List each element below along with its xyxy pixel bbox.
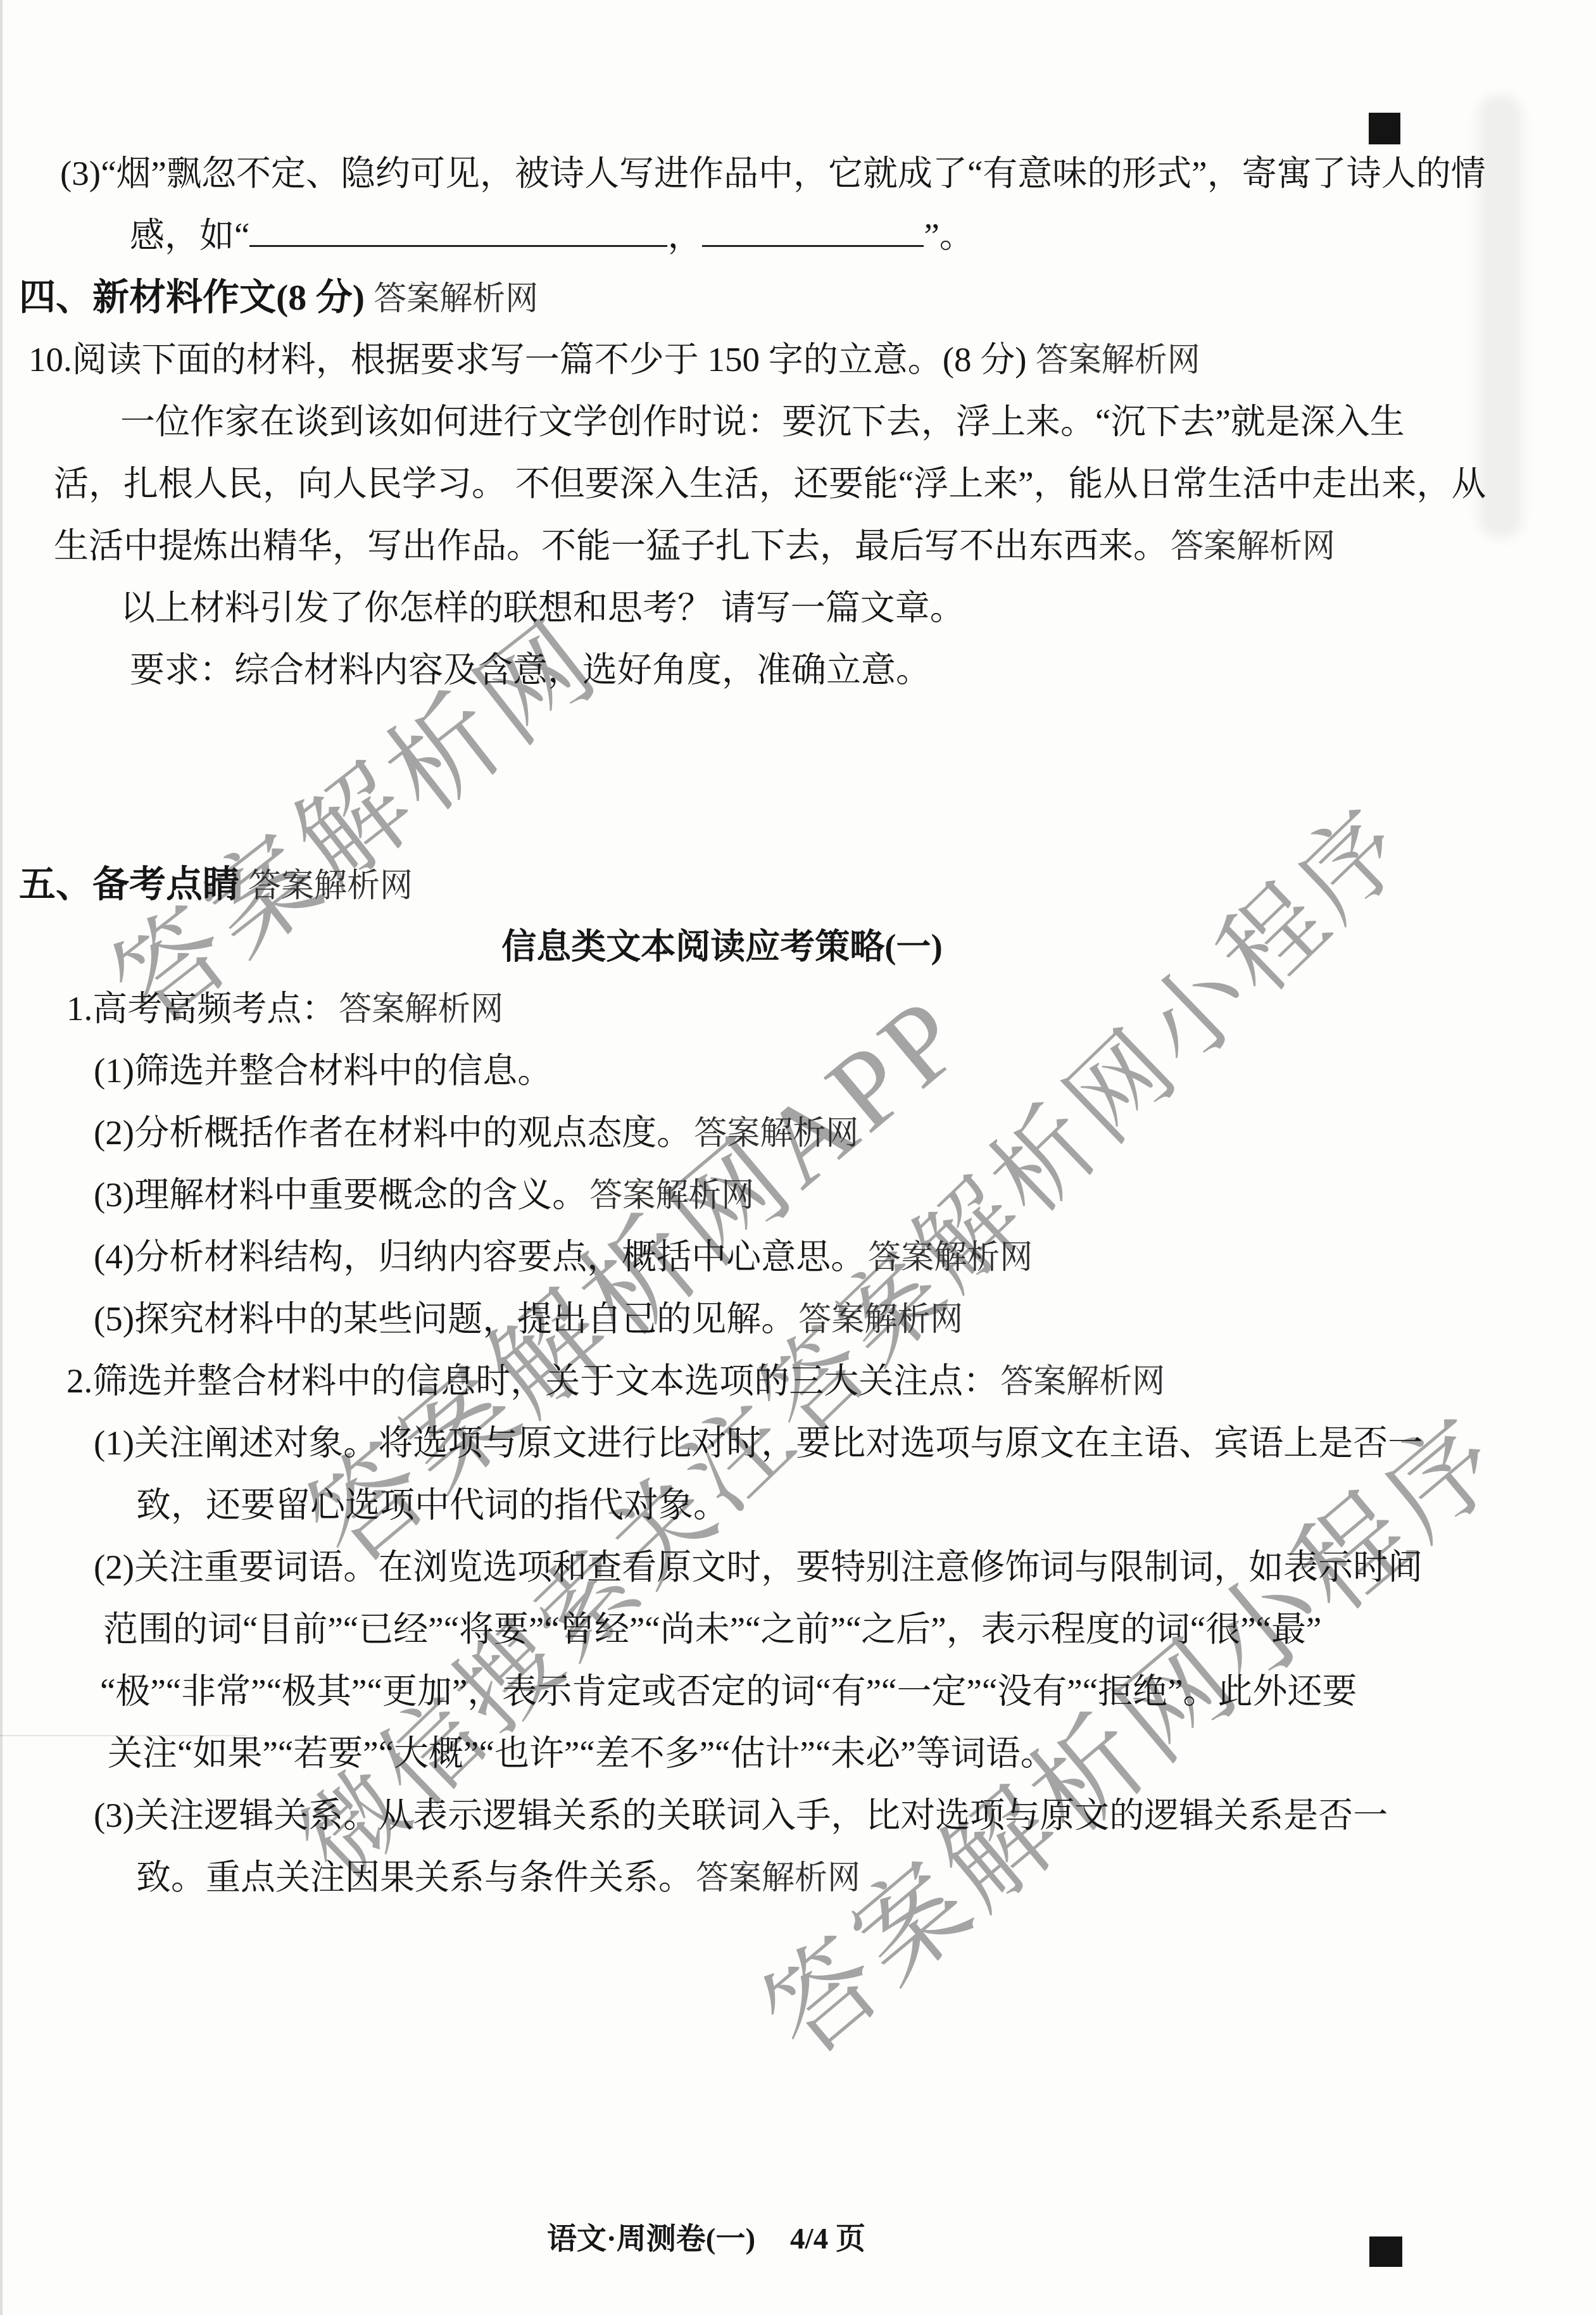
section-v-heading-tag: 答案解析网 [248,867,413,904]
footer-paper-title: 语文·周测卷(一) [547,2215,755,2257]
item-1-sub-4-text: (4)分析材料结构，归纳内容要点，概括中心意思。 [94,1237,865,1276]
material-paragraph-line1: 一位作家在谈到该如何进行文学创作时说：要沉下去，浮上来。“沉下去”就是深入生 [0,391,1596,453]
completion-line2-close: ”。 [924,216,974,255]
scan-left-edge [0,0,3,2315]
item-2-line: 2.筛选并整合材料中的信息时，关于文本选项的三大关注点：答案解析网 [0,1350,1596,1412]
exam-text-block: (3)“烟”飘忽不定、隐约可见，被诗人写进作品中，它就成了“有意味的形式”，寄寓… [0,0,1596,1908]
question-10-text: 10.阅读下面的材料，根据要求写一篇不少于 150 字的立意。(8 分) [28,340,1027,379]
item-1-sub-4: (4)分析材料结构，归纳内容要点，概括中心意思。答案解析网 [0,1226,1596,1288]
material-paragraph-tag: 答案解析网 [1171,528,1335,565]
item-2-sub-3-tag: 答案解析网 [696,1860,860,1896]
question-10-line: 10.阅读下面的材料，根据要求写一篇不少于 150 字的立意。(8 分)答案解析… [0,329,1596,391]
item-1-sub-4-tag: 答案解析网 [868,1239,1033,1276]
item-1-line: 1.高考高频考点：答案解析网 [0,978,1596,1040]
material-paragraph-line3-text: 生活中提炼出精华，写出作品。不能一猛子扎下去，最后写不出东西来。 [54,526,1168,565]
item-2-sub-3-line1: (3)关注逻辑关系。从表示逻辑关系的关联词入手，比对选项与原文的逻辑关系是否一 [0,1784,1596,1846]
item-1-sub-3: (3)理解材料中重要概念的含义。答案解析网 [0,1164,1596,1226]
material-paragraph-line2: 活，扎根人民，向人民学习。 不但要深入生活，还要能“浮上来”，能从日常生活中走出… [0,453,1596,515]
material-paragraph-line3: 生活中提炼出精华，写出作品。不能一猛子扎下去，最后写不出东西来。答案解析网 [0,515,1596,577]
section-v-heading-line: 五、备考点睛答案解析网 [0,854,1596,916]
answer-blank-2 [702,211,924,247]
item-2-sub-3-line2-text: 致。重点关注因果关系与条件关系。 [136,1858,693,1896]
item-1-sub-3-tag: 答案解析网 [589,1177,754,1214]
item-1-sub-3-text: (3)理解材料中重要概念的含义。 [94,1175,587,1214]
item-1-sub-2-tag: 答案解析网 [694,1115,858,1152]
section-iv-heading-line: 四、新材料作文(8 分)答案解析网 [0,267,1596,329]
question-10-tag: 答案解析网 [1036,342,1200,379]
item-2-sub-2-line2: 范围的词“目前”“已经”“将要”“曾经”“尚未”“之前”“之后”，表示程度的词“… [0,1598,1596,1660]
item-2-sub-2-line3: “极”“非常”“极其”“更加”，表示肯定或否定的词“有”“一定”“没有”“拒绝”… [0,1660,1596,1722]
strategy-title: 信息类文本阅读应考策略(一) [0,916,1596,978]
page-footer: 语文·周测卷(一) 4/4 页 [0,2215,1596,2257]
item-1-sub-1: (1)筛选并整合材料中的信息。 [0,1040,1596,1102]
item-2-sub-2-line4: 关注“如果”“若要”“大概”“也许”“差不多”“估计”“未必”等词语。 [0,1722,1596,1784]
item-2-sub-3-line2: 致。重点关注因果关系与条件关系。答案解析网 [0,1846,1596,1908]
registration-square-top-right [1369,113,1400,144]
material-prompt-line: 以上材料引发了你怎样的联想和思考？ 请写一篇文章。 [0,577,1596,639]
item-2-tag: 答案解析网 [1000,1363,1165,1400]
item-1-sub-1-text: (1)筛选并整合材料中的信息。 [94,1051,552,1090]
item-2-sub-1-line1: (1)关注阐述对象。将选项与原文进行比对时，要比对选项与原文在主语、宾语上是否一 [0,1412,1596,1474]
item-1-sub-2: (2)分析概括作者在材料中的观点态度。答案解析网 [0,1102,1596,1164]
completion-question-line1: (3)“烟”飘忽不定、隐约可见，被诗人写进作品中，它就成了“有意味的形式”，寄寓… [0,142,1596,205]
answer-blank-1 [249,211,667,247]
item-2-text: 2.筛选并整合材料中的信息时，关于文本选项的三大关注点： [66,1361,998,1400]
item-1-sub-5-tag: 答案解析网 [798,1301,963,1338]
item-1-tag: 答案解析网 [339,991,503,1028]
completion-line2-comma: ， [667,216,702,255]
item-2-sub-2-line1: (2)关注重要词语。在浏览选项和查看原文时，要特别注意修饰词与限制词，如表示时间 [0,1536,1596,1598]
material-requirement-line: 要求：综合材料内容及含意，选好角度，准确立意。 [0,639,1596,701]
item-1-sub-5-text: (5)探究材料中的某些问题，提出自己的见解。 [94,1299,796,1338]
item-1-sub-2-text: (2)分析概括作者在材料中的观点态度。 [94,1113,691,1152]
section-iv-heading: 四、新材料作文(8 分) [19,277,365,318]
item-1-text: 1.高考高频考点： [66,989,336,1028]
registration-square-bottom-right [1369,2236,1402,2267]
item-1-sub-5: (5)探究材料中的某些问题，提出自己的见解。答案解析网 [0,1288,1596,1350]
completion-question-line2: 感，如“，”。 [0,205,1596,267]
item-2-sub-1-line2: 致，还要留心选项中代词的指代对象。 [0,1474,1596,1536]
completion-line2-prefix: 感，如“ [130,216,249,255]
footer-page-number: 4/4 页 [790,2215,865,2257]
section-iv-heading-tag: 答案解析网 [374,281,538,317]
section-v-heading: 五、备考点睛 [19,864,239,905]
scanned-exam-page: 答案解析网 答案解析网APP 微信搜索关注答案解析网小程序 答案解析网小程序 (… [0,0,1596,2315]
